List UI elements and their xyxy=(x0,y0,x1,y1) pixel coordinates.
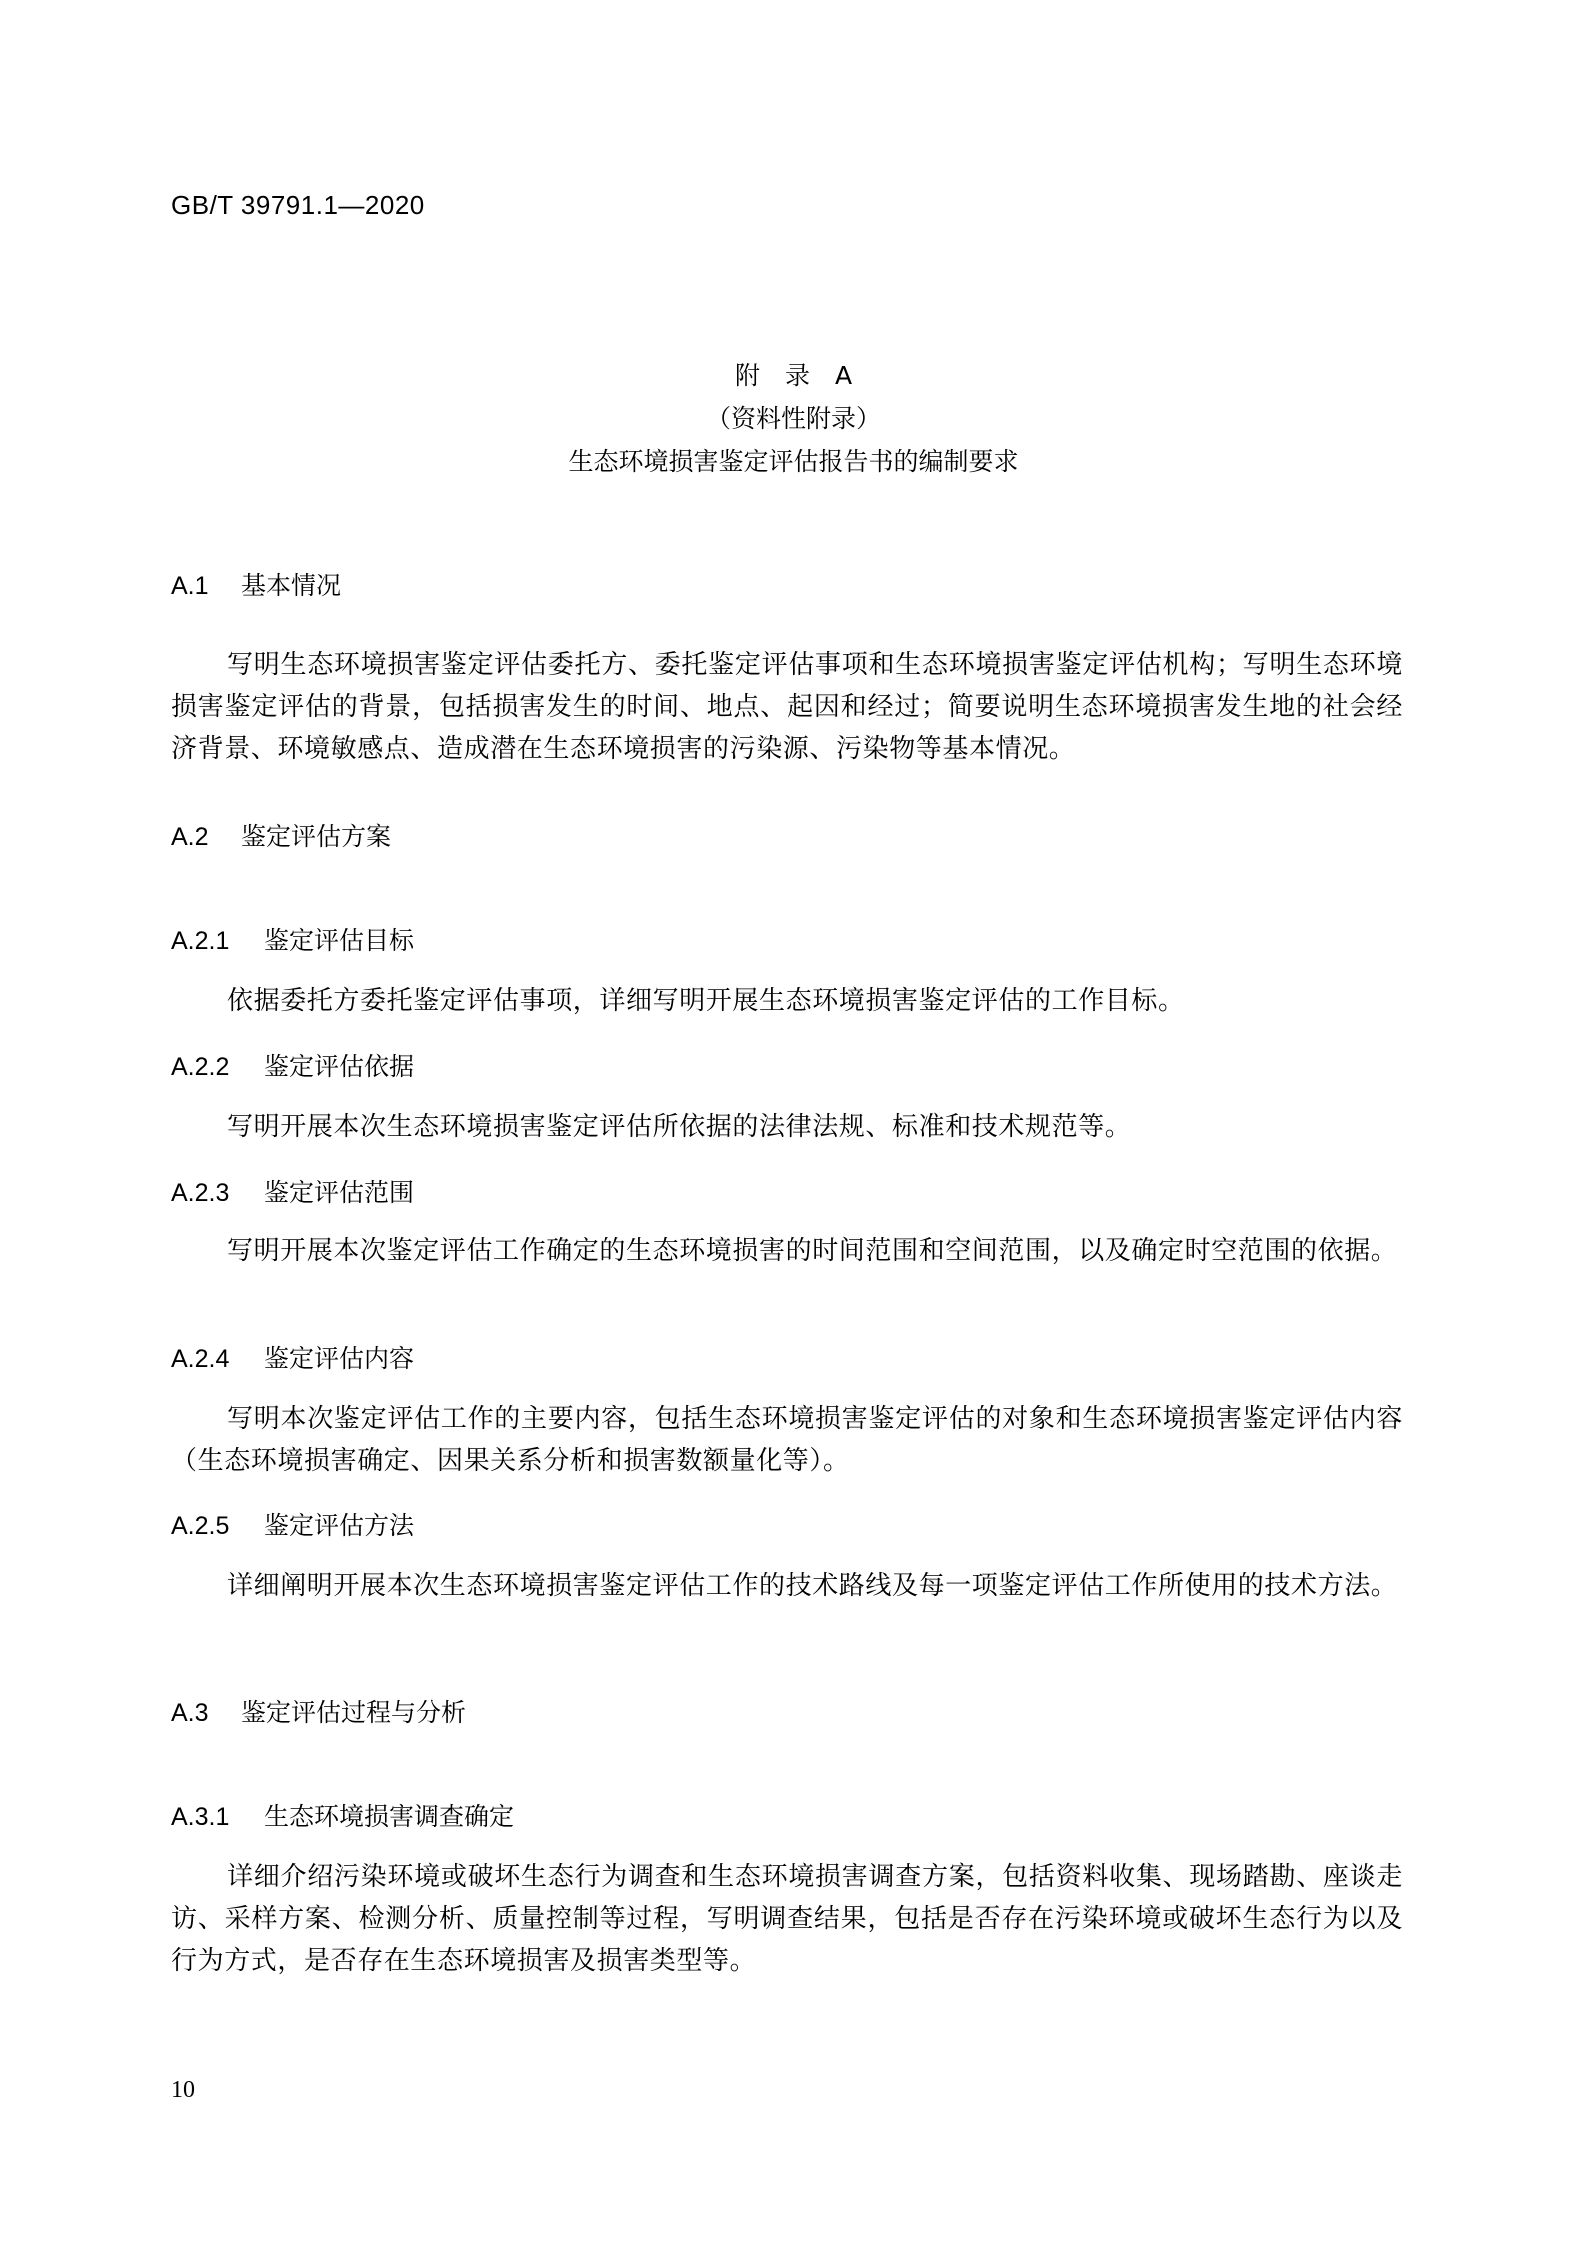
section-number: A.2.4 xyxy=(171,1345,264,1374)
section-heading-a3-1: A.3.1生态环境损害调查确定 xyxy=(171,1797,514,1833)
standard-id: GB/T 39791.1—2020 xyxy=(171,190,425,221)
section-number: A.1 xyxy=(171,572,241,601)
section-title: 鉴定评估依据 xyxy=(264,1052,414,1081)
section-heading-a2: A.2鉴定评估方案 xyxy=(171,817,391,853)
page-number: 10 xyxy=(171,2077,195,2104)
section-number: A.2.1 xyxy=(171,927,264,956)
section-heading-a2-4: A.2.4鉴定评估内容 xyxy=(171,1339,414,1375)
appendix-title: 生态环境损害鉴定评估报告书的编制要求 xyxy=(0,442,1587,478)
section-title: 鉴定评估目标 xyxy=(264,926,414,955)
section-heading-a2-3: A.2.3鉴定评估范围 xyxy=(171,1173,414,1209)
section-heading-a2-1: A.2.1鉴定评估目标 xyxy=(171,921,414,957)
appendix-type: （资料性附录） xyxy=(0,399,1587,435)
paragraph-a3-1: 详细介绍污染环境或破坏生态行为调查和生态环境损害调查方案，包括资料收集、现场踏勘… xyxy=(171,1856,1403,1982)
section-number: A.2.2 xyxy=(171,1053,264,1082)
paragraph-a2-1: 依据委托方委托鉴定评估事项，详细写明开展生态环境损害鉴定评估的工作目标。 xyxy=(171,980,1403,1022)
section-title: 鉴定评估方案 xyxy=(241,822,391,851)
section-title: 鉴定评估内容 xyxy=(264,1344,414,1373)
section-number: A.3 xyxy=(171,1699,241,1728)
section-number: A.2.3 xyxy=(171,1179,264,1208)
paragraph-a1: 写明生态环境损害鉴定评估委托方、委托鉴定评估事项和生态环境损害鉴定评估机构；写明… xyxy=(171,644,1403,770)
section-number: A.2.5 xyxy=(171,1512,264,1541)
section-title: 生态环境损害调查确定 xyxy=(264,1802,514,1831)
section-title: 鉴定评估过程与分析 xyxy=(241,1698,466,1727)
paragraph-a2-3: 写明开展本次鉴定评估工作确定的生态环境损害的时间范围和空间范围，以及确定时空范围… xyxy=(171,1230,1403,1272)
section-title: 鉴定评估范围 xyxy=(264,1178,414,1207)
section-heading-a1: A.1基本情况 xyxy=(171,566,341,602)
section-heading-a2-2: A.2.2鉴定评估依据 xyxy=(171,1047,414,1083)
section-heading-a2-5: A.2.5鉴定评估方法 xyxy=(171,1506,414,1542)
paragraph-a2-2: 写明开展本次生态环境损害鉴定评估所依据的法律法规、标准和技术规范等。 xyxy=(171,1106,1403,1148)
section-title: 鉴定评估方法 xyxy=(264,1511,414,1540)
appendix-label: 附 录 A xyxy=(0,356,1587,392)
section-title: 基本情况 xyxy=(241,571,341,600)
section-number: A.3.1 xyxy=(171,1803,264,1832)
section-number: A.2 xyxy=(171,823,241,852)
paragraph-a2-4: 写明本次鉴定评估工作的主要内容，包括生态环境损害鉴定评估的对象和生态环境损害鉴定… xyxy=(171,1398,1403,1482)
section-heading-a3: A.3鉴定评估过程与分析 xyxy=(171,1693,466,1729)
paragraph-a2-5: 详细阐明开展本次生态环境损害鉴定评估工作的技术路线及每一项鉴定评估工作所使用的技… xyxy=(171,1565,1403,1607)
